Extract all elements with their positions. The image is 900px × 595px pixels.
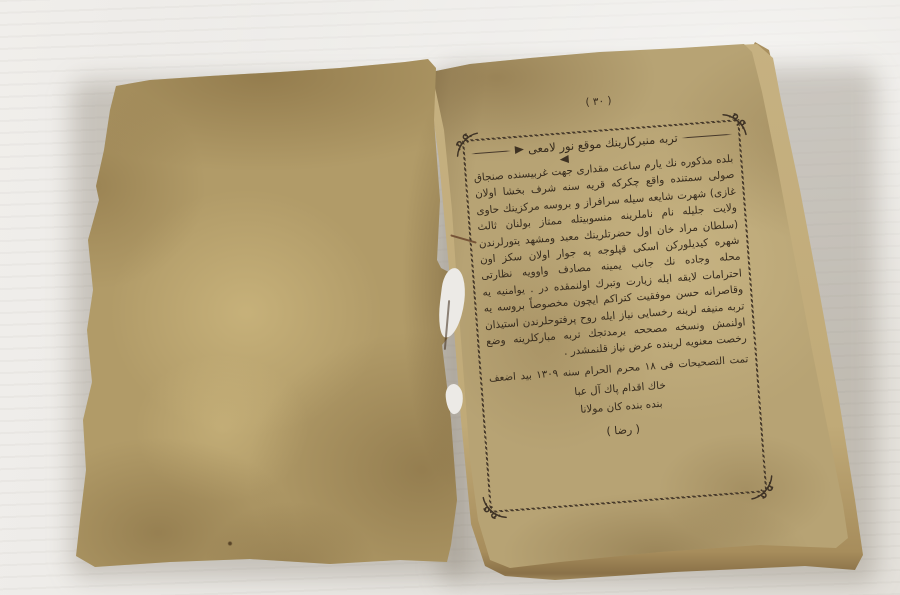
fleuron-icon xyxy=(515,145,525,154)
left-page xyxy=(70,50,470,575)
printed-page-content: ( ٣٠ ) xyxy=(462,119,767,513)
body-text: بلده مذكوره نك يارم ساعت مقدارى جهت غربي… xyxy=(473,151,753,449)
title-rule xyxy=(471,150,511,154)
corner-flourish-icon xyxy=(748,473,777,502)
title-rule xyxy=(682,133,733,138)
photo-of-open-book: ( ٣٠ ) xyxy=(0,0,900,595)
corner-flourish-icon xyxy=(480,494,509,523)
